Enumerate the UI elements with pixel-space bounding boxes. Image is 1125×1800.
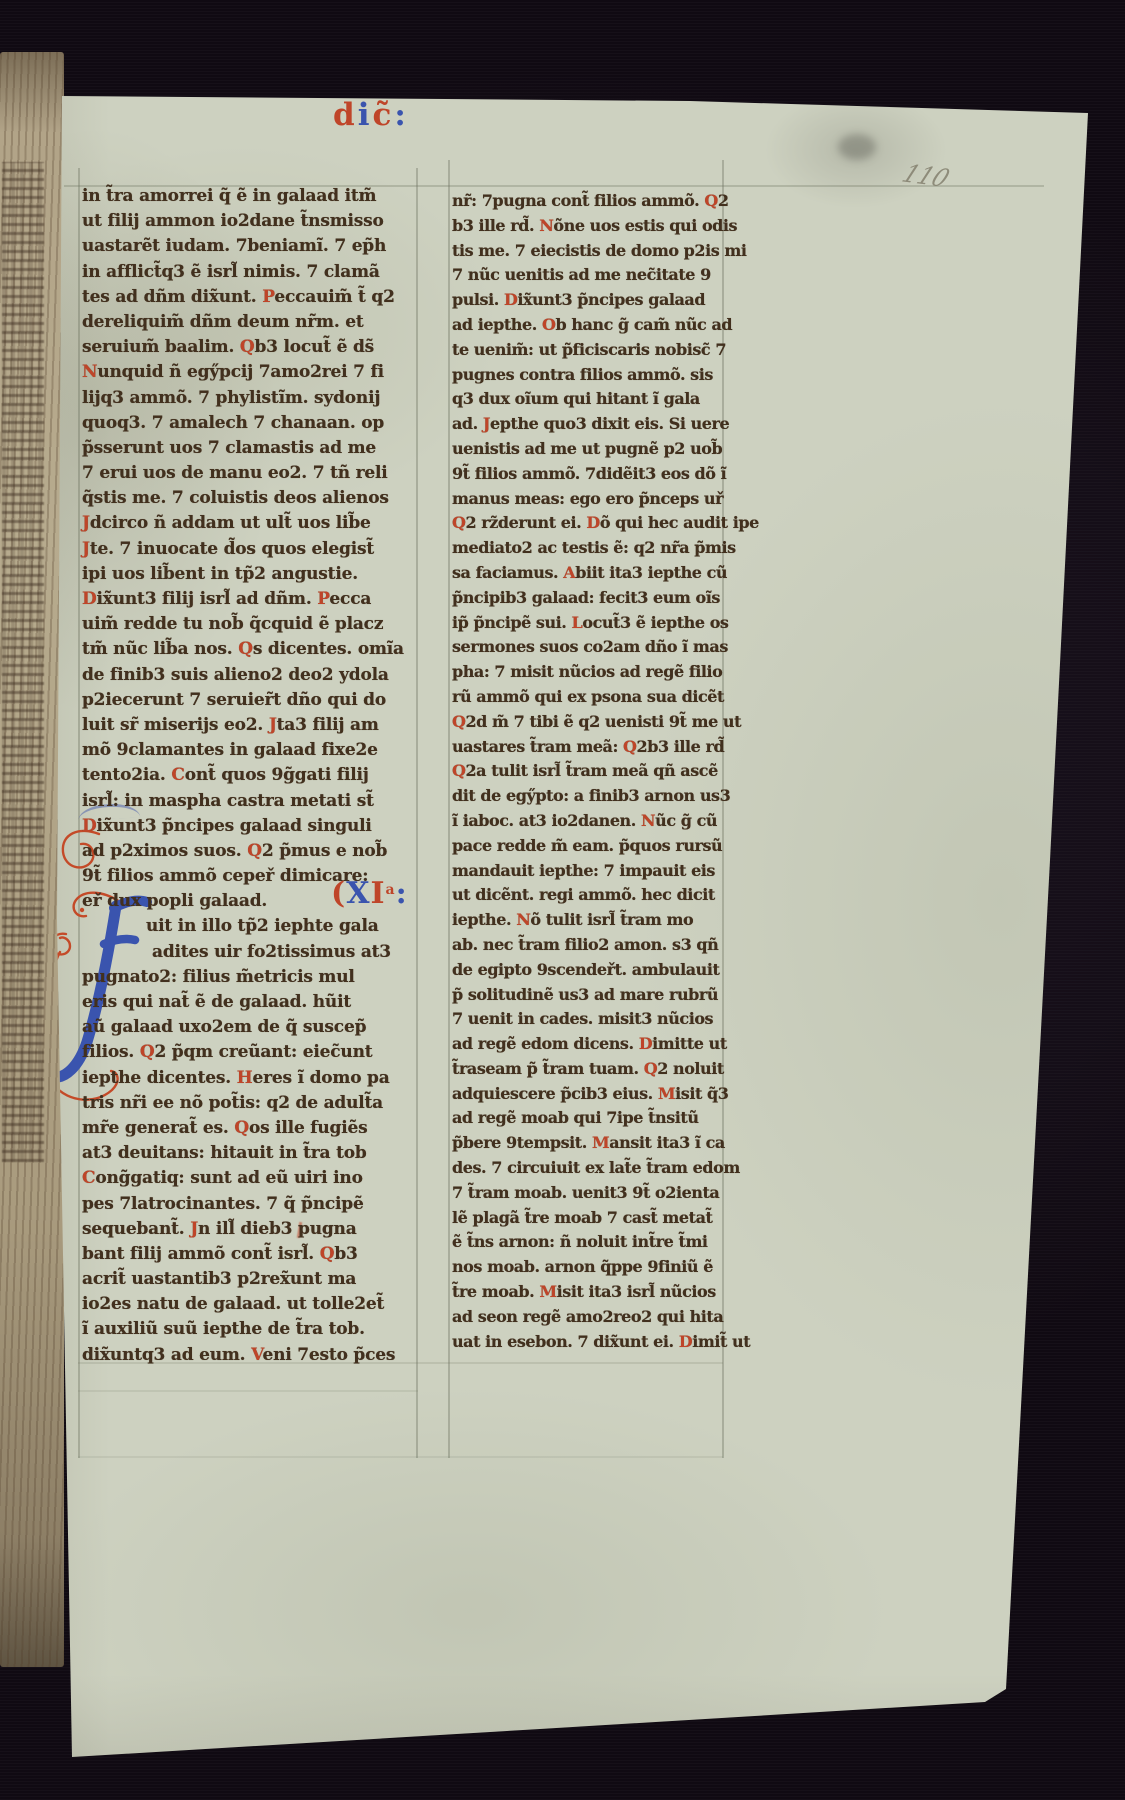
rubricated-letter: C	[171, 765, 184, 785]
rubricated-letter: J	[483, 414, 490, 433]
rubricated-letter: N	[539, 216, 553, 235]
rubricated-letter: N	[641, 811, 655, 830]
text-line: sa faciamus. Abiit ita3 iepthe cũ	[452, 563, 759, 588]
rubricated-letter: M	[658, 1084, 675, 1103]
colored-letter: :	[394, 97, 408, 133]
text-column-left: in t̃ra amorrei q̃ ẽ in galaad itm̃ut fi…	[82, 186, 404, 1370]
text-line: Jte. 7 inuocate d̃os quos elegist̃	[82, 539, 404, 564]
book-page-edges-strip	[0, 52, 64, 1667]
text-line: uastares t̃ram meã: Q2b3 ille rd̃	[452, 737, 759, 762]
rubricated-letter: Q	[247, 841, 262, 861]
rubricated-letter: J	[82, 513, 90, 533]
text-line: uenistis ad me ut pugnẽ p2 uob̃	[452, 439, 759, 464]
text-line: acrit̃ uastantib3 p2rex̃unt ma	[82, 1269, 404, 1294]
rubricated-letter: L	[572, 613, 583, 632]
text-line: ĩ iaboc. at3 io2danen. Nũc g̃ cũ	[452, 811, 759, 836]
text-line: 9t̃ filios ammõ. 7didẽit3 eos dõ ĩ	[452, 464, 759, 489]
ruling-line	[448, 160, 450, 1458]
text-line: nr̃: 7pugna cont̃ filios ammõ. Q2	[452, 191, 759, 216]
text-line: nos moab. arnon q̃ppe 9finiũ ẽ	[452, 1257, 759, 1282]
text-line: Dix̃unt3 p̃ncipes galaad singuli	[82, 816, 404, 841]
rubricated-letter: P	[262, 287, 274, 307]
text-line: ad p2ximos suos. Q2 p̃mus e nob̃	[82, 841, 404, 866]
text-line: tm̃ nũc lib̃a nos. Qs dicentes. omĩa	[82, 639, 404, 664]
text-line: p̃ncipib3 galaad: fecit3 eum oĩs	[452, 588, 759, 613]
text-line: t̃raseam p̃ t̃ram tuam. Q2 noluit	[452, 1059, 759, 1084]
rubricated-letter: Q	[140, 1042, 155, 1062]
text-line: lijq3 ammõ. 7 phylistĩm. sydonij	[82, 388, 404, 413]
rubricated-letter: J	[190, 1219, 198, 1239]
rubricated-letter: D	[586, 513, 599, 532]
text-line: q̃stis me. 7 coluistis deos alienos	[82, 488, 404, 513]
text-line: dix̃untq3 ad eum. Veni 7esto p̃ces	[82, 1345, 404, 1370]
text-line: adites uir fo2tissimus at3	[82, 942, 404, 967]
text-line: adquiescere p̃cib3 eius. Misit q̃3	[452, 1084, 759, 1109]
ruling-line	[78, 1456, 723, 1458]
text-line: seruium̃ baalim. Qb3 locut̃ ẽ ds̃	[82, 337, 404, 362]
rubricated-letter: D	[679, 1332, 692, 1351]
text-line: pace redde m̃ eam. p̃quos rursũ	[452, 836, 759, 861]
rubricated-letter: M	[592, 1133, 609, 1152]
colored-letter: i	[358, 97, 373, 133]
text-line: aũ galaad uxo2em de q̃ suscep̃	[82, 1017, 404, 1042]
rubricated-letter: Q	[623, 737, 637, 756]
text-line: mediato2 ac testis ẽ: q2 nr̃a p̃mis	[452, 538, 759, 563]
text-line: ut dicẽnt. regi ammõ. hec dicit	[452, 885, 759, 910]
colored-letter: d	[333, 97, 358, 133]
text-line: tento2ia. Cont̃ quos 9g̃gati filij	[82, 765, 404, 790]
text-line: dit de egy̋pto: a finib3 arnon us3	[452, 786, 759, 811]
text-line: 9t̃ filios ammõ cepeř dimicare:	[82, 866, 404, 891]
running-header: dic̃:	[333, 97, 409, 133]
text-line: ad regẽ moab qui 7ipe t̃nsitũ	[452, 1108, 759, 1133]
text-line: quoq3. 7 amalech 7 chanaan. op	[82, 413, 404, 438]
text-line: dereliquim̃ dñm deum nr̃m. et	[82, 312, 404, 337]
text-line: ad iepthe. Ob hanc g̃ cam̃ nũc ad	[452, 315, 759, 340]
ink-smudge	[838, 134, 876, 160]
text-line: Jdcirco ñ addam ut ult̃ uos lib̃e	[82, 513, 404, 538]
text-line: Q2a tulit isrl̃ t̃ram meã qñ ascẽ	[452, 761, 759, 786]
text-line: iepthe dicentes. Heres ĩ domo pa	[82, 1068, 404, 1093]
text-line: te uenim̃: ut p̃ficiscaris nobisc̃ 7	[452, 340, 759, 365]
rubricated-letter: Q	[320, 1244, 335, 1264]
manuscript-page: dic̃: 110	[0, 0, 1125, 1800]
rubricated-letter: C	[82, 1168, 95, 1188]
text-line: Q2d m̃ 7 tibi ẽ q2 uenisti 9t̃ me ut	[452, 712, 759, 737]
text-line: 7 nũc uenitis ad me nec̃itate 9	[452, 265, 759, 290]
text-line: ad seon regẽ amo2reo2 qui hita	[452, 1307, 759, 1332]
rubricated-letter: Q	[452, 761, 466, 780]
text-line: tris nr̃i ee nõ pot̃is: q2 de adult̃a	[82, 1093, 404, 1118]
text-line: pugnato2: filius m̃etricis mul	[82, 967, 404, 992]
text-line: des. 7 circuiuit ex lat̃e t̃ram edom	[452, 1158, 759, 1183]
text-line: mr̃e generat̃ es. Qos ille fugiẽs	[82, 1118, 404, 1143]
text-line: Dix̃unt3 filij isrl̃ ad dñm. Pecca	[82, 589, 404, 614]
text-line: uat in esebon. 7 dix̃unt ei. Dimit̃ ut	[452, 1332, 759, 1357]
ruling-line	[78, 168, 80, 1458]
rubricated-letter: N	[516, 910, 530, 929]
text-line: 7 uenit in cades. misit3 nũcios	[452, 1009, 759, 1034]
text-line: ut filij ammon io2dane t̃nsmisso	[82, 211, 404, 236]
rubricated-letter: Q	[240, 337, 255, 357]
rubricated-letter: Q	[452, 712, 466, 731]
rubricated-letter: D	[504, 290, 517, 309]
text-line: eris qui nat̃ ẽ de galaad. hũit	[82, 992, 404, 1017]
rubricated-letter: V	[251, 1345, 262, 1365]
rubricated-letter: P	[317, 589, 329, 609]
text-line: p̃bere 9tempsit. Mansit ita3 ĩ ca	[452, 1133, 759, 1158]
text-line: io2es natu de galaad. ut tolle2et̃	[82, 1294, 404, 1319]
text-line: ẽ t̃ns arnon: ñ noluit int̃re t̃mi	[452, 1232, 759, 1257]
text-line: uim̃ redde tu nob̃ q̃cquid ẽ placz	[82, 614, 404, 639]
text-line: tes ad dñm dix̃unt. Peccauim̃ t̃ q2	[82, 287, 404, 312]
rubricated-letter: J	[82, 539, 90, 559]
text-line: p2iecerunt 7 seruier̃t dño qui do	[82, 690, 404, 715]
text-line: pes 7latrocinantes. 7 q̃ p̃ncipẽ	[82, 1194, 404, 1219]
text-line: bant filij ammõ cont̃ isrl̃. Qb3	[82, 1244, 404, 1269]
text-line: lẽ plagã t̃re moab 7 cast̃ metat̃	[452, 1208, 759, 1233]
rubricated-letter: D	[639, 1034, 652, 1053]
text-line: t̃re moab. Misit ita3 isrl̃ nũcios	[452, 1282, 759, 1307]
text-line: sermones suos co2am dño ĩ mas	[452, 637, 759, 662]
ruling-line	[78, 1390, 418, 1392]
rubricated-letter: M	[539, 1282, 556, 1301]
rubricated-letter: Q	[704, 191, 718, 210]
text-line: ĩ auxiliũ suũ iepthe de t̃ra tob.	[82, 1319, 404, 1344]
text-line: ad regẽ edom dicens. Dimitte ut	[452, 1034, 759, 1059]
rubricated-letter: D	[82, 589, 97, 609]
text-line: eř dux popli galaad.	[82, 891, 404, 916]
text-line: de finib3 suis alieno2 deo2 ydola	[82, 665, 404, 690]
text-line: rũ ammõ qui ex psona sua dicẽt	[452, 687, 759, 712]
rubricated-letter: H	[237, 1068, 253, 1088]
text-line: pugnes contra filios ammõ. sis	[452, 365, 759, 390]
rubricated-letter: Q	[234, 1118, 249, 1138]
text-line: isrl̃: in maspha castra metati st̃	[82, 791, 404, 816]
text-line: uit in illo tp̃2 iephte gala	[82, 916, 404, 941]
colored-letter: c̃	[372, 97, 394, 133]
text-line: ad. Jepthe quo3 dixit eis. Si uere	[452, 414, 759, 439]
text-line: 7 t̃ram moab. uenit3 9t̃ o2ienta	[452, 1183, 759, 1208]
text-line: mandauit iepthe: 7 impauit eis	[452, 861, 759, 886]
text-line: q3 dux oĩum qui hitant ĩ gala	[452, 389, 759, 414]
text-line: manus meas: ego ero p̃nceps uř	[452, 489, 759, 514]
manuscript-photo: dic̃: 110	[0, 0, 1125, 1800]
text-line: iepthe. Nõ tulit isrl̃ t̃ram mo	[452, 910, 759, 935]
text-line: p̃ solitudinẽ us3 ad mare rubrũ	[452, 985, 759, 1010]
text-line: luit sr̃ miserijs eo2. Jta3 filij am	[82, 715, 404, 740]
rubricated-letter: J	[269, 715, 277, 735]
text-line: p̃sserunt uos 7 clamastis ad me	[82, 438, 404, 463]
text-line: ipi uos lib̃ent in tp̃2 angustie.	[82, 564, 404, 589]
text-line: filios. Q2 p̃qm creũant: eiec̃unt	[82, 1042, 404, 1067]
folio-number: 110	[898, 159, 954, 192]
text-line: de egipto 9scendeřt. ambulauit	[452, 960, 759, 985]
text-line: in t̃ra amorrei q̃ ẽ in galaad itm̃	[82, 186, 404, 211]
rubricated-letter: O	[542, 315, 556, 334]
text-line: b3 ille rd̃. Nõne uos estis qui odis	[452, 216, 759, 241]
rubricated-letter: D	[82, 816, 97, 836]
text-line: Nunquid ñ egy̋pcij 7amo2rei 7 fi	[82, 362, 404, 387]
text-line: ab. nec t̃ram filio2 amon. s3 qñ	[452, 935, 759, 960]
text-line: in afflict̃q3 ẽ isrl̃ nimis. 7 clamã	[82, 262, 404, 287]
rubricated-letter: Q	[452, 513, 466, 532]
rubricated-letter: Q	[238, 639, 253, 659]
rubricated-letter: A	[563, 563, 575, 582]
text-line: ip̃ p̃ncipẽ sui. Locut̃3 ẽ iepthe os	[452, 613, 759, 638]
text-line: uastarẽt iudam. 7beniamĩ. 7 ep̃h	[82, 236, 404, 261]
text-line: pha: 7 misit nũcios ad regẽ filio	[452, 662, 759, 687]
text-line: at3 deuitans: hitauit in t̃ra tob	[82, 1143, 404, 1168]
page-edge-text-marks	[2, 162, 44, 1162]
rubricated-letter: Q	[644, 1059, 658, 1078]
text-line: sequebant̃. Jn ill̃ dieb3 pugna	[82, 1219, 404, 1244]
text-line: tis me. 7 eiecistis de domo p2is mi	[452, 241, 759, 266]
text-line: mõ 9clamantes in galaad fixe2e	[82, 740, 404, 765]
text-line: pulsi. Dix̃unt3 p̃ncipes galaad	[452, 290, 759, 315]
rubricated-letter: N	[82, 362, 97, 382]
text-line: 7 erui uos de manu eo2. 7 tñ reli	[82, 463, 404, 488]
text-line: Q2 rz̃derunt ei. Dõ qui hec audit ipe	[452, 513, 759, 538]
ruling-line	[416, 168, 418, 1458]
text-line: Cong̃gatiq: sunt ad eũ uiri ino	[82, 1168, 404, 1193]
text-column-right: nr̃: 7pugna cont̃ filios ammõ. Q2b3 ille…	[452, 191, 759, 1356]
